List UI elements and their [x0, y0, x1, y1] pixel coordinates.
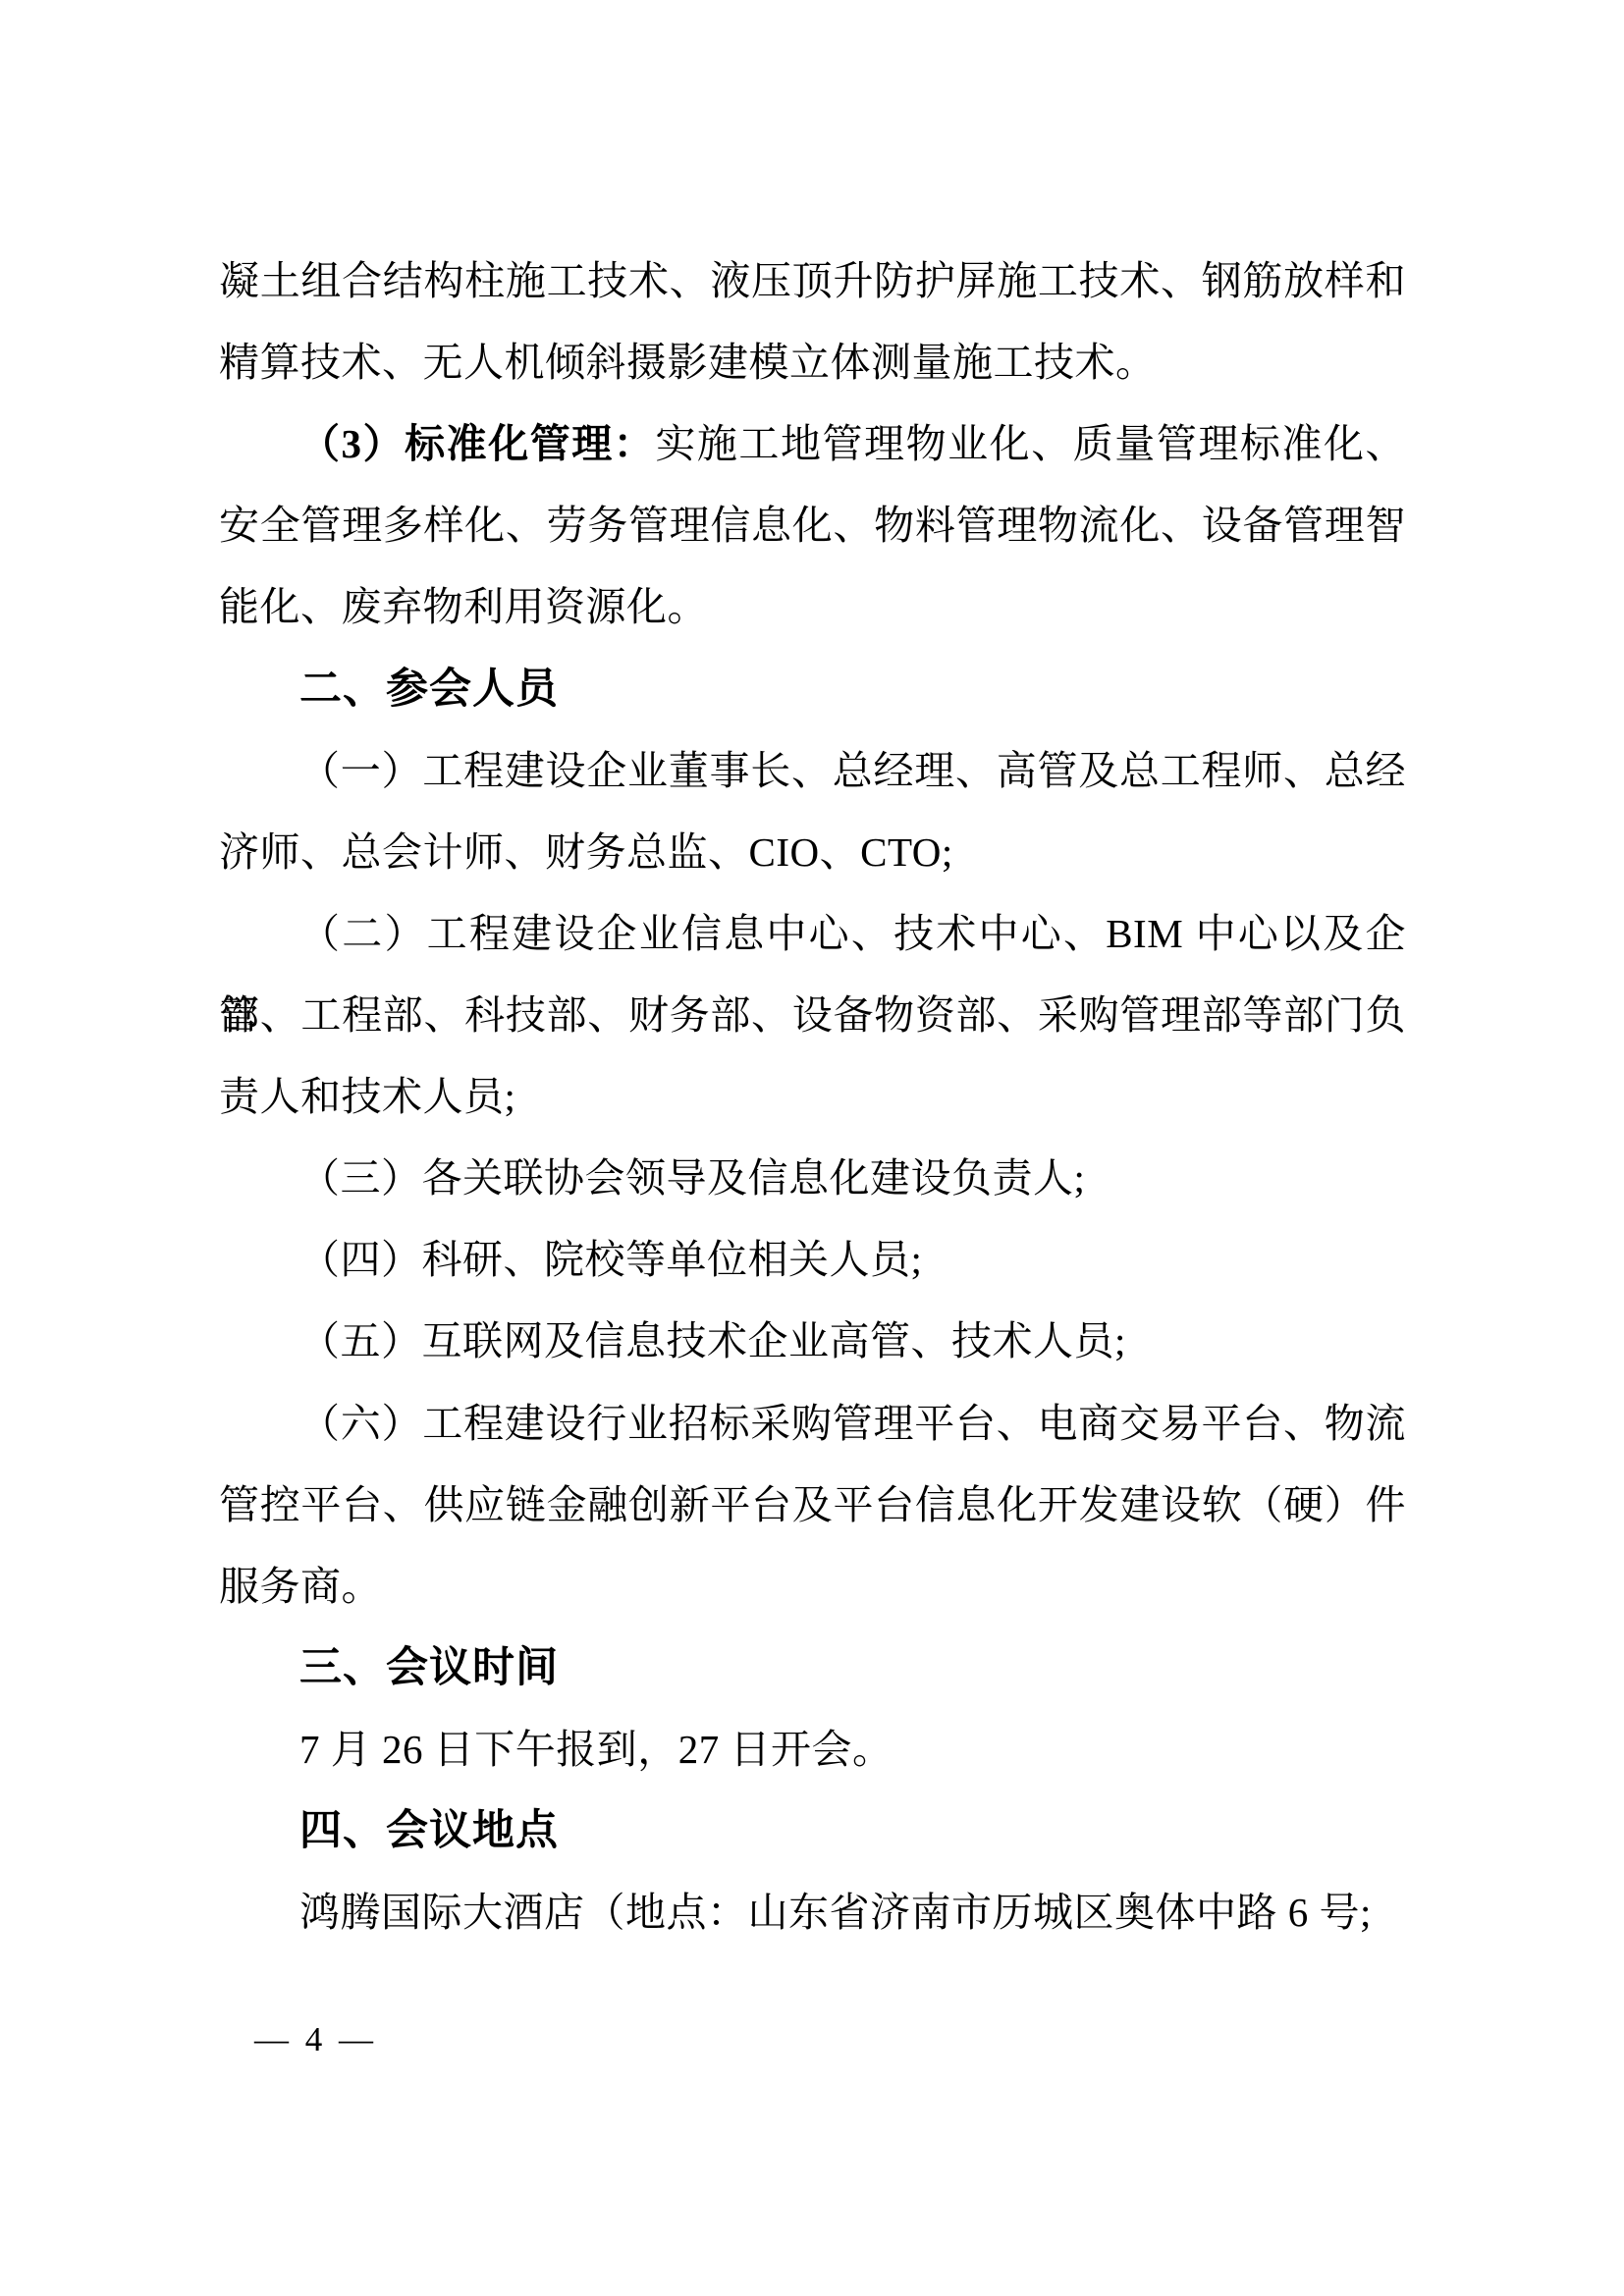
numbered-item-text: 实施工地管理物业化、质量管理标准化、: [655, 421, 1406, 466]
list-item-line: （三）各关联协会领导及信息化建设负责人;: [219, 1138, 1406, 1219]
document-page: 凝土组合结构柱施工技术、液压顶升防护屏施工技术、钢筋放样和 精算技术、无人机倾斜…: [0, 0, 1624, 2296]
body-line: 安全管理多样化、劳务管理信息化、物料管理物流化、设备管理智: [219, 485, 1406, 566]
body-line: 精算技术、无人机倾斜摄影建模立体测量施工技术。: [219, 322, 1406, 403]
section-heading-location: 四、会议地点: [219, 1790, 1406, 1872]
meeting-time-text: 7 月 26 日下午报到，27 日开会。: [219, 1709, 1406, 1790]
body-line: 凝土组合结构柱施工技术、液压顶升防护屏施工技术、钢筋放样和: [219, 240, 1406, 322]
list-item-line: 管控平台、供应链金融创新平台及平台信息化开发建设软（硬）件: [219, 1465, 1406, 1546]
body-line: 能化、废弃物利用资源化。: [219, 566, 1406, 648]
list-item-line: （四）科研、院校等单位相关人员;: [219, 1219, 1406, 1301]
page-number: — 4 —: [254, 2014, 377, 2065]
list-item-line: 责人和技术人员;: [219, 1056, 1406, 1138]
numbered-item-bold-label: （3）标准化管理：: [299, 421, 655, 466]
list-item-line: （五）互联网及信息技术企业高管、技术人员;: [219, 1301, 1406, 1382]
list-item-line: 服务商。: [219, 1546, 1406, 1628]
section-heading-meeting-time: 三、会议时间: [219, 1628, 1406, 1709]
list-item-line: 部、工程部、科技部、财务部、设备物资部、采购管理部等部门负: [219, 975, 1406, 1056]
list-item-line: 济师、总会计师、财务总监、CIO、CTO;: [219, 812, 1406, 893]
section-heading-participants: 二、参会人员: [219, 649, 1406, 730]
numbered-item-line: （3）标准化管理：实施工地管理物业化、质量管理标准化、: [219, 403, 1406, 485]
meeting-location-text: 鸿腾国际大酒店（地点：山东省济南市历城区奥体中路 6 号;: [219, 1872, 1406, 1953]
list-item-line: （六）工程建设行业招标采购管理平台、电商交易平台、物流: [219, 1383, 1406, 1465]
list-item-line: （二）工程建设企业信息中心、技术中心、BIM 中心以及企管: [219, 893, 1406, 975]
list-item-line: （一）工程建设企业董事长、总经理、高管及总工程师、总经: [219, 730, 1406, 812]
